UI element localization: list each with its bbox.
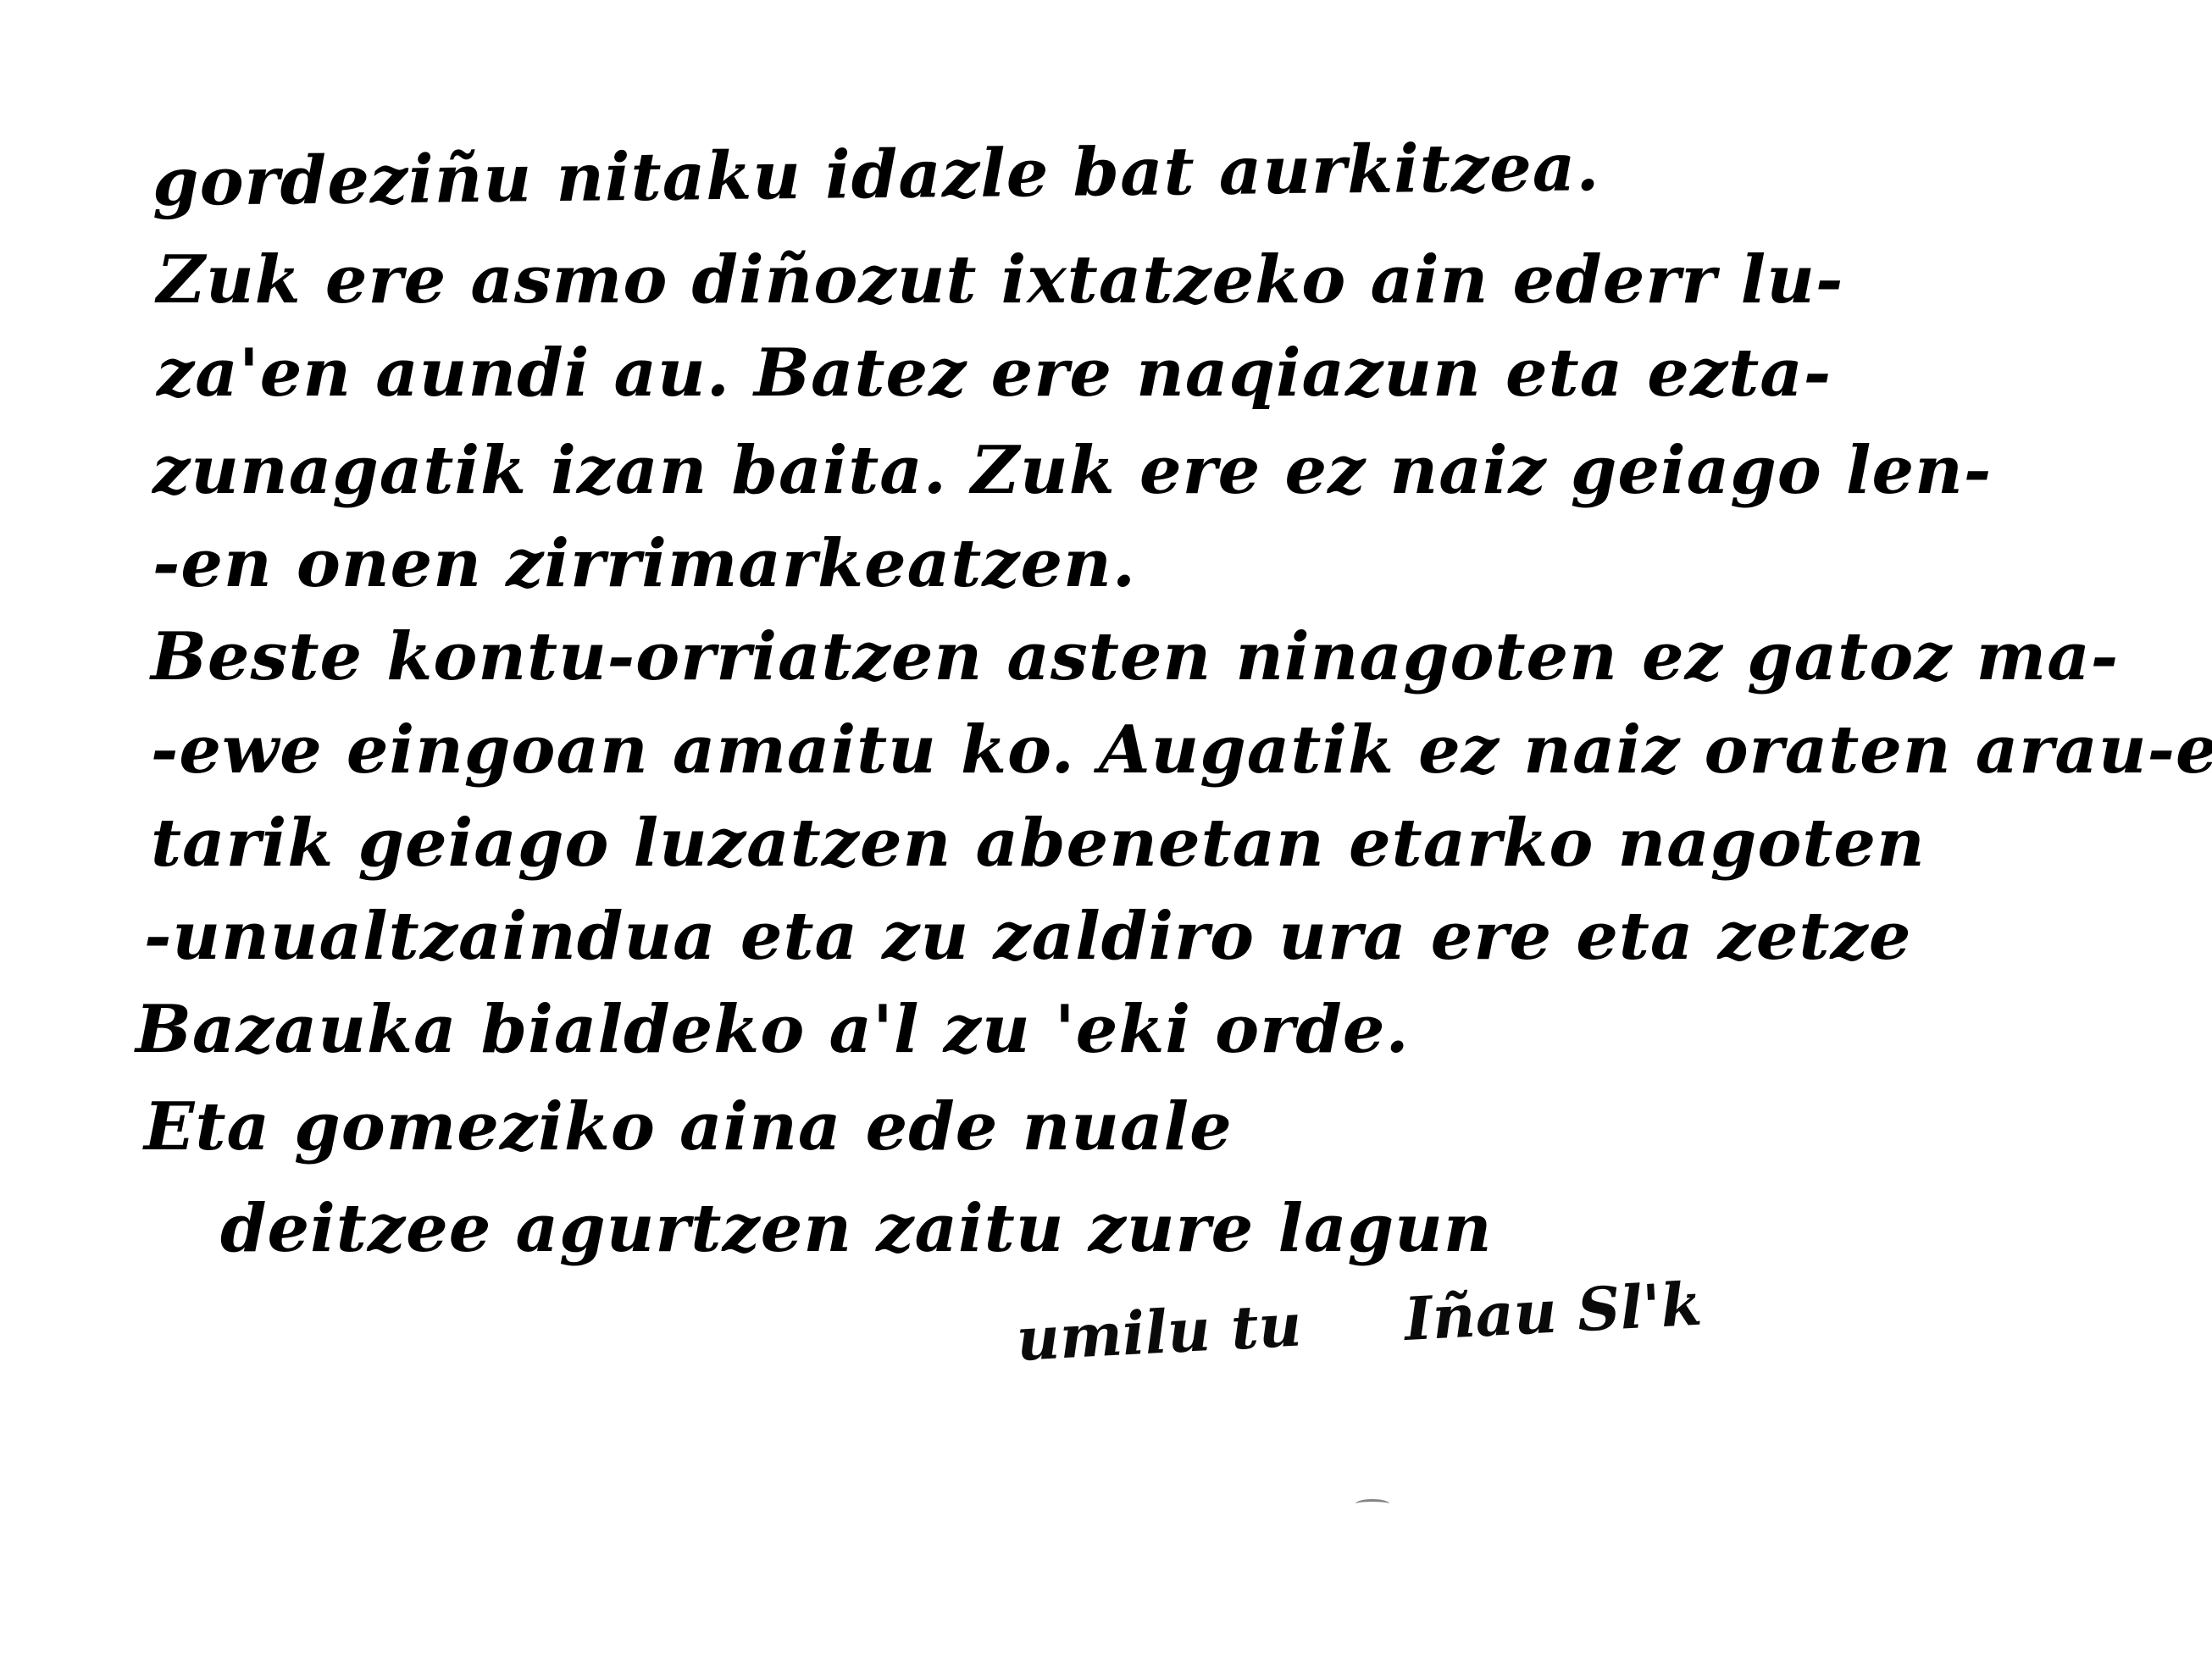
scanned-letter-page: gordeziñu nitaku idazle bat aurkitzea. Z…: [0, 0, 2212, 1677]
letter-line-3: za'en aundi au. Batez ere naqiazun eta e…: [157, 335, 1832, 412]
letter-line-11: Eta gomeziko aina ede nuale: [144, 1088, 1233, 1165]
letter-line-9: -unualtzaindua eta zu zaldiro ura ere et…: [144, 898, 1911, 975]
letter-line-8: tarik geiago luzatzen abenetan etarko na…: [151, 805, 1926, 882]
signature-closing: umilu tu: [1015, 1289, 1304, 1375]
letter-line-6: Beste kontu-orriatzen asten ninagoten ez…: [151, 618, 2119, 695]
signature-name: Iñau Sl'k: [1403, 1269, 1704, 1354]
letter-line-10: Bazauka bialdeko a'l zu 'eki orde.: [136, 991, 1410, 1068]
signature-block: umilu tu Iñau Sl'k: [1015, 1269, 1704, 1375]
letter-line-4: zunagatik izan baita. Zuk ere ez naiz ge…: [152, 432, 1992, 509]
ink-smudge-mark: [1355, 1499, 1389, 1508]
letter-line-5: -en onen zirrimarkeatzen.: [152, 525, 1136, 602]
letter-line-12: deitzee agurtzen zaitu zure lagun: [220, 1190, 1493, 1267]
letter-line-1: gordeziñu nitaku idazle bat aurkitzea.: [152, 129, 1600, 221]
letter-line-7: -ewe eingoan amaitu ko. Augatik ez naiz …: [151, 711, 2212, 789]
letter-line-2: Zuk ere asmo diñozut ixtatzeko ain ederr…: [157, 241, 1843, 318]
